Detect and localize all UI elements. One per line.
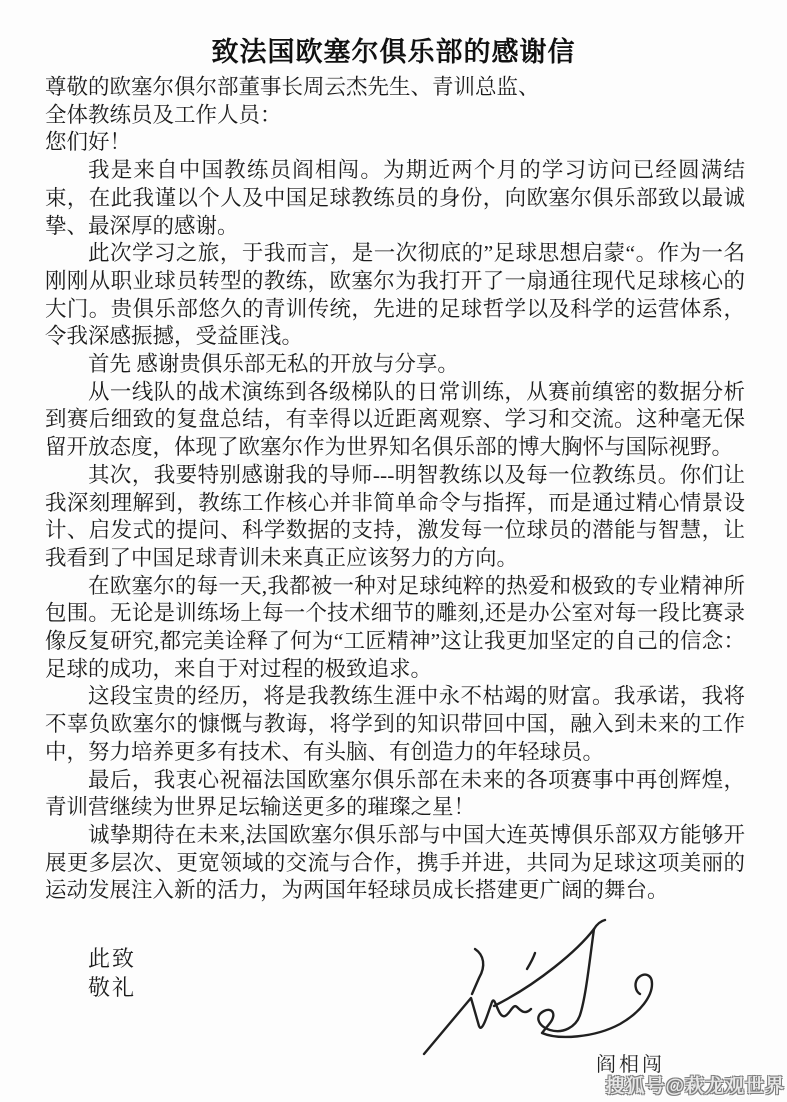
letter-paragraph: 首先 感谢贵俱乐部无私的开放与分享。 xyxy=(45,351,745,379)
letter-paragraph: 其次，我要特别感谢我的导师---明智教练以及每一位教练员。你们让我深刻理解到，教… xyxy=(45,462,745,573)
letter-body: 尊敬的欧塞尔俱尔部董事长周云杰先生、青训总监、全体教练员及工作人员：您们好！ 我… xyxy=(45,74,745,905)
closing-block: 此致 敬礼 xyxy=(88,944,136,1002)
closing-line-cizhi: 此致 xyxy=(88,944,136,973)
salutation-line: 您们好！ xyxy=(45,129,745,157)
letter-paragraph: 最后，我衷心祝福法国欧塞尔俱乐部在未来的各项赛事中再创辉煌，青训营继续为世界足坛… xyxy=(45,767,745,822)
letter-paragraph: 这段宝贵的经历，将是我教练生涯中永不枯竭的财富。我承诺，我将不辜负欧塞尔的慷慨与… xyxy=(45,683,745,766)
paragraphs-block: 我是来自中国教练员阎相闯。为期近两个月的学习访问已经圆满结束，在此我谨以个人及中… xyxy=(45,157,745,905)
letter-paragraph: 在欧塞尔的每一天,我都被一种对足球纯粹的热爱和极致的专业精神所包围。无论是训练场… xyxy=(45,573,745,684)
signature-scribble-icon xyxy=(398,912,688,1062)
letter-page: 致法国欧塞尔俱乐部的感谢信 尊敬的欧塞尔俱尔部董事长周云杰先生、青训总监、全体教… xyxy=(0,0,787,1102)
letter-paragraph: 我是来自中国教练员阎相闯。为期近两个月的学习访问已经圆满结束，在此我谨以个人及中… xyxy=(45,157,745,240)
watermark-sohu: 搜狐号@萩龙观世界 xyxy=(605,1071,785,1098)
salutation-block: 尊敬的欧塞尔俱尔部董事长周云杰先生、青训总监、全体教练员及工作人员：您们好！ xyxy=(45,74,745,157)
page-title: 致法国欧塞尔俱乐部的感谢信 xyxy=(0,0,787,69)
letter-paragraph: 此次学习之旅，于我而言，是一次彻底的”足球思想启蒙“。作为一名刚刚从职业球员转型… xyxy=(45,240,745,351)
closing-line-jingli: 敬礼 xyxy=(88,973,136,1002)
letter-paragraph: 诚挚期待在未来,法国欧塞尔俱乐部与中国大连英博俱乐部双方能够开展更多层次、更宽领… xyxy=(45,822,745,905)
salutation-line: 尊敬的欧塞尔俱尔部董事长周云杰先生、青训总监、 xyxy=(45,74,745,102)
letter-paragraph: 从一线队的战术演练到各级梯队的日常训练，从赛前缜密的数据分析到赛后细致的复盘总结… xyxy=(45,379,745,462)
salutation-line: 全体教练员及工作人员： xyxy=(45,102,745,130)
